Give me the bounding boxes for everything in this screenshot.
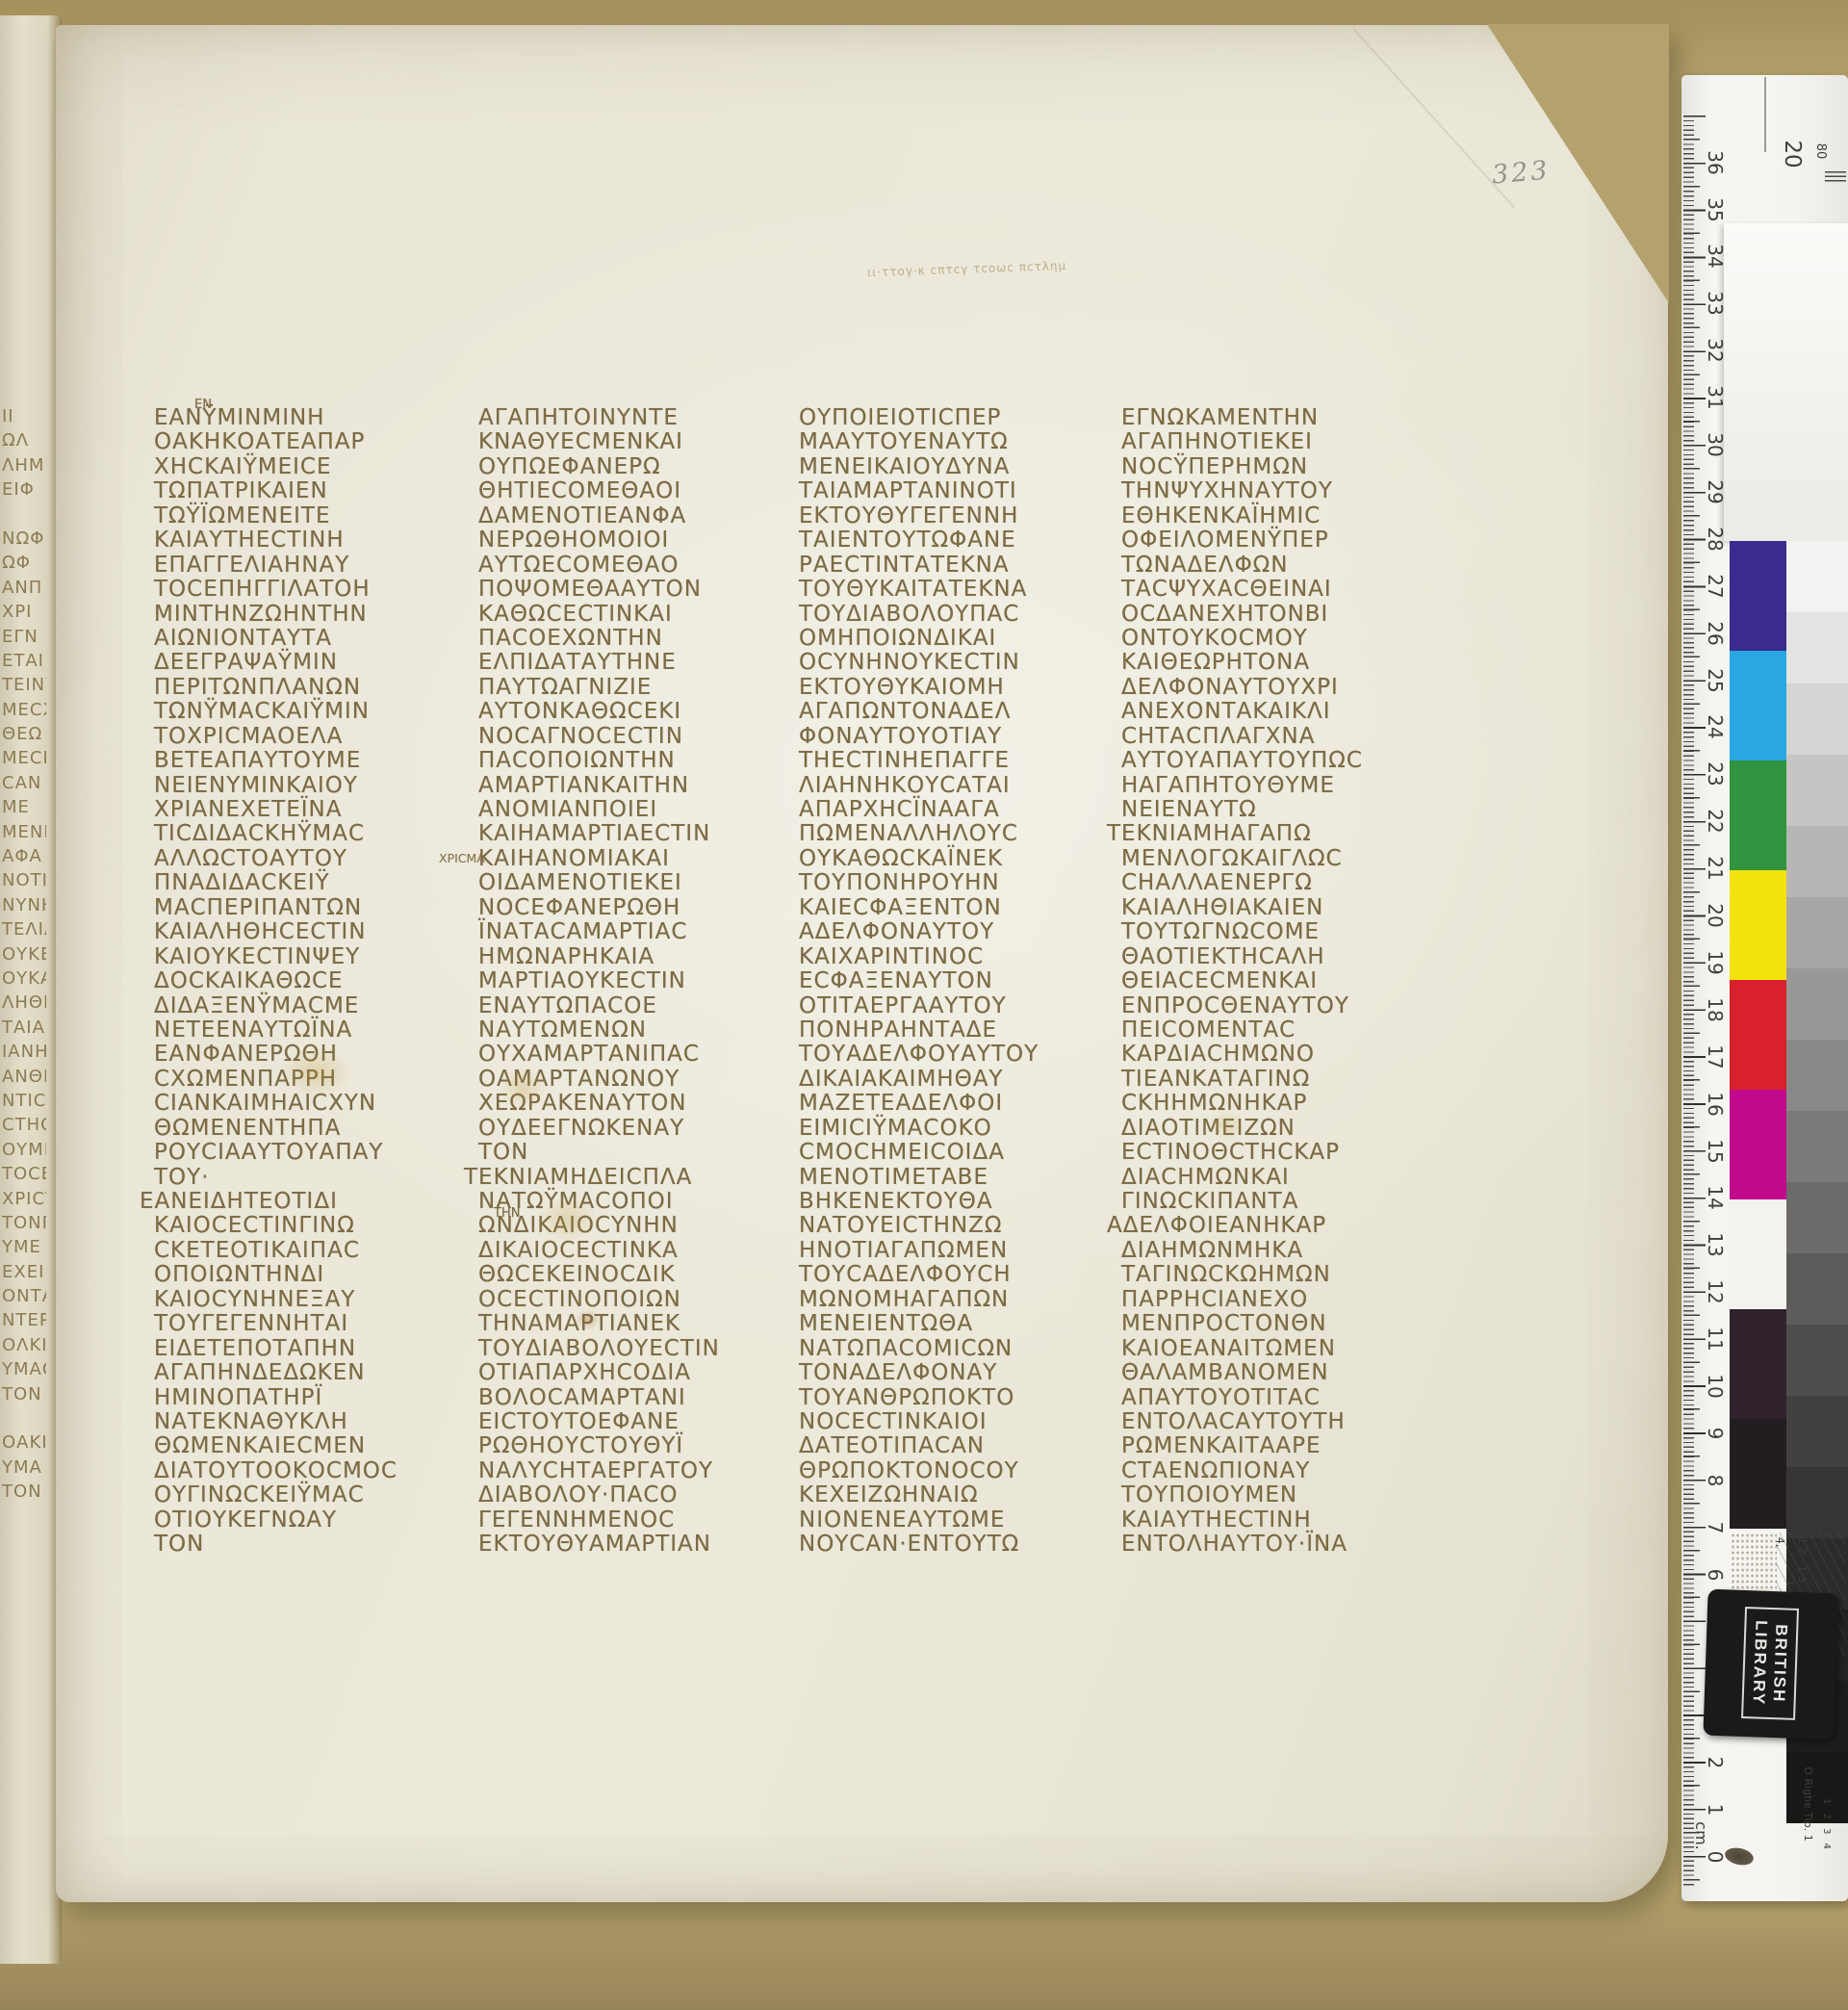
manuscript-line: ΗΜΙΝΟΠΑΤΗΡΪ — [154, 1386, 464, 1410]
manuscript-line: ΡΩΘΗΟΥCΤΟΥΘΥΪ — [478, 1434, 788, 1458]
manuscript-line: ΑΓΑΠΗΝΟΤΙΕΚΕΙ — [1121, 430, 1431, 454]
manuscript-line: ΕΓΝΩΚΑΜΕΝΤΗΝ — [1121, 406, 1431, 430]
color-patch — [1730, 1090, 1786, 1199]
ruler-cm-number: 26 — [1704, 619, 1727, 648]
manuscript-line: ΟΥΠΟΙΕΙΟΤΙCΠΕΡ — [799, 406, 1109, 430]
manuscript-line: CΚΗΗΜΩΝΗΚΑΡ — [1121, 1092, 1431, 1116]
facing-page-fragment — [2, 1406, 46, 1430]
manuscript-line: ΟCΕCΤΙΝΟΠΟΙΩΝ — [478, 1288, 788, 1312]
text-column-3: ΟΥΠΟΙΕΙΟΤΙCΠΕΡΜΑΑΥΤΟΥΕΝΑΥΤΩΜΕΝΕΙΚΑΙΟΥΔΥΝ… — [799, 406, 1109, 1558]
manuscript-line: ΕΝΤΟΛΗΑΥΤΟΥ·ΪΝΑ — [1121, 1533, 1431, 1557]
manuscript-line: ΠΑCΟΠΟΙΩΝΤΗΝ — [478, 749, 788, 773]
ruler-cm-number: 14 — [1704, 1183, 1727, 1212]
ruler-cm-number: 7 — [1704, 1513, 1727, 1542]
manuscript-line: ΚΑΙΗΑΜΑΡΤΙΑΕCΤΙΝ — [478, 822, 788, 846]
manuscript-line: ΗΝΟΤΙΑΓΑΠΩΜΕΝ — [799, 1239, 1109, 1263]
manuscript-line: ΟΤΙΑΠΑΡΧΗCΟΔΙΑ — [478, 1361, 788, 1385]
manuscript-line: ΧΕΩΡΑΚΕΝΑΥΤΟΝ — [478, 1092, 788, 1116]
color-patch — [1730, 651, 1786, 760]
manuscript-line: ΚΑΡΔΙΑCΗΜΩΝΟ — [1121, 1043, 1431, 1067]
manuscript-line: ΠΕΡΙΤΩΝΠΛΑΝΩΝ — [154, 676, 464, 700]
ruler-cm-number: 36 — [1704, 148, 1727, 177]
manuscript-line: ΠΩΜΕΝΑΛΛΗΛΟΥC — [799, 822, 1109, 846]
ruler-cm-number: 10 — [1704, 1372, 1727, 1401]
gray-step — [1786, 1253, 1848, 1325]
gray-step — [1786, 1111, 1848, 1182]
manuscript-line: ΝΕΙΕΝΥΜΙΝΚΑΙΟΥ — [154, 774, 464, 798]
ruler-cm-number: 8 — [1704, 1466, 1727, 1495]
facing-page-fragment: ΝΥΝΗ — [2, 893, 46, 917]
manuscript-line: ΑΥΤΟΝΚΑΘΩCΕΚΙ — [478, 700, 788, 724]
manuscript-line: ΔΟCΚΑΙΚΑΘΩCΕ — [154, 969, 464, 993]
manuscript-line: ΔΑΜΕΝΟΤΙΕΑΝΦΑ — [478, 504, 788, 528]
manuscript-line: ΚΑΙΑΛΗΘΙΑΚΑΙΕΝ — [1121, 896, 1431, 920]
facing-page-fragment: ΟΥΜΕ — [2, 1138, 46, 1162]
manuscript-line: ΤΕΚΝΙΑΜΗΔΕΙCΠΛΑ — [464, 1166, 788, 1190]
manuscript-line: ΤΙCΔΙΔΑCΚΗΫΜΑC — [154, 822, 464, 846]
manuscript-line: ΝΙΟΝΕΝΕΑΥΤΩΜΕ — [799, 1508, 1109, 1533]
manuscript-line: ΡΩΜΕΝΚΑΙΤΑΑΡΕ — [1121, 1434, 1431, 1458]
manuscript-line: ΕΙΜΙCΙΫΜΑCΟΚΟ — [799, 1117, 1109, 1141]
manuscript-line: ΟΝΤΟΥΚΟCΜΟΥ — [1121, 627, 1431, 651]
manuscript-line: ΕCΤΙΝΟΘCΤΗCΚΑΡ — [1121, 1141, 1431, 1165]
manuscript-line: ΜΕΝΟΤΙΜΕΤΑΒΕ — [799, 1166, 1109, 1190]
manuscript-line: ΚΑΙΑΥΤΗΕCΤΙΝΗ — [154, 528, 464, 553]
facing-page-fragment: CΤΗC — [2, 1113, 46, 1137]
manuscript-line: ΤΗΝΑΜΑΡΤΙΑΝΕΚ — [478, 1312, 788, 1336]
manuscript-line: ΑΓΑΠΗΤΟΙΝΥΝΤΕ — [478, 406, 788, 430]
manuscript-line: ΤΟCΕΠΗΓΓΙΛΑΤΟΗ — [154, 578, 464, 602]
manuscript-line: ΠΟΝΗΡΑΗΝΤΑΔΕ — [799, 1018, 1109, 1043]
facing-page-fragment: ΤΑΙΑ — [2, 1016, 46, 1040]
manuscript-line: ΓΙΝΩCΚΙΠΑΝΤΑ — [1121, 1190, 1431, 1214]
manuscript-line: ΤΟΥ· — [154, 1166, 464, 1190]
manuscript-line: ΑΜΑΡΤΙΑΝΚΑΙΤΗΝ — [478, 774, 788, 798]
ruler-cm-number: 21 — [1704, 854, 1727, 883]
color-patch — [1730, 1309, 1786, 1419]
manuscript-line: ΕΚΤΟΥΘΥΓΕΓΕΝΝΗ — [799, 504, 1109, 528]
facing-page-fragment: ΤΟΝΠ — [2, 1211, 46, 1235]
manuscript-line: ΝΑΛΥCΗΤΑΕΡΓΑΤΟΥ — [478, 1459, 788, 1483]
manuscript-line: ΘΩCΕΚΕΙΝΟCΔΙΚ — [478, 1263, 788, 1287]
manuscript-line: CΤΑΕΝΩΠΙΟΝΑΥ — [1121, 1459, 1431, 1483]
manuscript-line: ΝΑΤΟΥΕΙCΤΗΝΖΩ — [799, 1214, 1109, 1238]
ruler-cm-number: 16 — [1704, 1090, 1727, 1119]
manuscript-line: ΝΑΤΩΠΑCΟΜΙCΩΝ — [799, 1337, 1109, 1361]
ruler-cm-number: 19 — [1704, 948, 1727, 977]
manuscript-line: ΔΕΕΓΡΑΨΑΫΜΙΝ — [154, 651, 464, 675]
ruler-top-label-small: 80 — [1810, 139, 1828, 164]
manuscript-line: ΟΦΕΙΛΟΜΕΝΫΠΕΡ — [1121, 528, 1431, 553]
ruler-cm-unit-label: cm. — [1693, 1817, 1710, 1855]
manuscript-line: ΧΡΙΑΝΕΧΕΤΕΪΝΑ — [154, 798, 464, 822]
manuscript-line: ΤΟΥΑΔΕΛΦΟΥΑΥΤΟΥ — [799, 1043, 1109, 1067]
faint-inscription: ιι·ττογ·κ ϲπτϲγ τϲοωϲ πϲτλημ — [867, 254, 1214, 280]
manuscript-line: ΤΑΙΕΝΤΟΥΤΩΦΑΝΕ — [799, 528, 1109, 553]
manuscript-line: ΝΟCΫΠΕΡΗΜΩΝ — [1121, 455, 1431, 479]
manuscript-line: ΚΑΙΘΕΩΡΗΤΟΝΑ — [1121, 651, 1431, 675]
facing-page-fragment: ΧΡΙCΤ — [2, 1187, 46, 1211]
manuscript-line: CΙΑΝΚΑΙΜΗΑΙCΧΥΝ — [154, 1092, 464, 1116]
manuscript-line: ΚΝΑΘΥΕCΜΕΝΚΑΙ — [478, 430, 788, 454]
manuscript-line: ΤΙΕΑΝΚΑΤΑΓΙΝΩ — [1121, 1068, 1431, 1092]
manuscript-page: 323 ιι·ττογ·κ ϲπτϲγ τϲοωϲ πϲτλημ ΕΑΝΫΜΙΝ… — [56, 25, 1668, 1902]
manuscript-line: ΤΗΕCΤΙΝΗΕΠΑΓΓΕ — [799, 749, 1109, 773]
manuscript-line: ΧΗCΚΑΙΫΜΕΙCΕ — [154, 455, 464, 479]
manuscript-line: CΗΑΛΛΑΕΝΕΡΓΩ — [1121, 871, 1431, 895]
manuscript-line: ΦΟΝΑΥΤΟΥΟΤΙΑΥ — [799, 725, 1109, 749]
manuscript-line: ΜΕΝΠΡΟCΤΟΝΘΝ — [1121, 1312, 1431, 1336]
manuscript-line: ΤΟΝ — [154, 1533, 464, 1557]
facing-page-fragment: ΕΧΕΙ — [2, 1260, 46, 1284]
manuscript-line: ΟΤΙΟΥΚΕΓΝΩΑΥ — [154, 1508, 464, 1533]
facing-page-edge: ΙΙΩΛΛΗΜΕΙΦΝΩΦΡΩΦΑΝΠΧΡΙΕΓΝΕΤΑΙΤΕΙΝΥΜΕCΧΑΘ… — [0, 15, 62, 1964]
facing-page-fragment: ΝΤΙC — [2, 1089, 46, 1113]
gray-step — [1786, 1182, 1848, 1253]
ruler-cm-number: 11 — [1704, 1325, 1727, 1353]
manuscript-line: ΔΙΑΗΜΩΝΜΗΚΑ — [1121, 1239, 1431, 1263]
manuscript-line: ΟCΔΑΝΕΧΗΤΟΝΒΙ — [1121, 603, 1431, 627]
manuscript-line: ΕΚΤΟΥΘΥΑΜΑΡΤΙΑΝ — [478, 1533, 788, 1557]
manuscript-line: ΜΕΝΕΙΚΑΙΟΥΔΥΝΑ — [799, 455, 1109, 479]
manuscript-line: ΤΟΥΠΟΝΗΡΟΥΗΝ — [799, 871, 1109, 895]
manuscript-line: ΟΥΔΕΕΓΝΩΚΕΝΑΥ — [478, 1117, 788, 1141]
manuscript-line: ΤΟΥΔΙΑΒΟΛΟΥΕCΤΙΝ — [478, 1337, 788, 1361]
manuscript-line: ΜΙΝΤΗΝΖΩΗΝΤΗΝ — [154, 603, 464, 627]
manuscript-line: ΤΟΥΘΥΚΑΙΤΑΤΕΚΝΑ — [799, 578, 1109, 602]
manuscript-line: ΤΑΙΑΜΑΡΤΑΝΙΝΟΤΙ — [799, 479, 1109, 503]
manuscript-line: ΕΙΔΕΤΕΠΟΤΑΠΗΝ — [154, 1337, 464, 1361]
manuscript-line: ΕΑΝΕΙΔΗΤΕΟΤΙΔΙ — [140, 1190, 464, 1214]
manuscript-line: ΚΑΙΧΑΡΙΝΤΙΝΟC — [799, 945, 1109, 969]
color-patch — [1730, 1419, 1786, 1529]
facing-page-fragment: ΤΟΝ — [2, 1382, 46, 1406]
manuscript-line: ΝΟCΑΓΝΟCΕCΤΙΝ — [478, 725, 788, 749]
manuscript-line: ΟΤΙΤΑΕΡΓΑΑΥΤΟΥ — [799, 994, 1109, 1018]
clip-text-line1: BRITISH — [1768, 1621, 1791, 1708]
facing-page-fragment: ΜΕ — [2, 795, 46, 819]
manuscript-line: CΧΩΜΕΝΠΑΡΡΗ — [154, 1068, 464, 1092]
facing-page-fragment: ΩΛ — [2, 428, 46, 452]
manuscript-line: ΟΥΚΑΘΩCΚΑΪΝΕΚ — [799, 847, 1109, 871]
manuscript-line: ΔΕΛΦΟΝΑΥΤΟΥΧΡΙ — [1121, 676, 1431, 700]
facing-page-fragment: ΤΟΝ — [2, 1480, 46, 1504]
scribal-correction: ΤΗΝ — [494, 1206, 520, 1221]
gray-step — [1786, 1040, 1848, 1111]
facing-page-text-fragments: ΙΙΩΛΛΗΜΕΙΦΝΩΦΡΩΦΑΝΠΧΡΙΕΓΝΕΤΑΙΤΕΙΝΥΜΕCΧΑΘ… — [2, 404, 46, 1529]
manuscript-line: ΕCΦΑΞΕΝΑΥΤΟΝ — [799, 969, 1109, 993]
british-library-clip-label: BRITISH LIBRARY — [1708, 1585, 1831, 1741]
manuscript-line: ΔΑΤΕΟΤΙΠΑCΑΝ — [799, 1434, 1109, 1458]
manuscript-line: ΤΩΠΑΤΡΙΚΑΙΕΝ — [154, 479, 464, 503]
manuscript-line: ΝΕΡΩΘΗΟΜΟΙΟΙ — [478, 528, 788, 553]
facing-page-fragment: ΥΜΕ — [2, 1235, 46, 1259]
manuscript-line: CΚΕΤΕΟΤΙΚΑΙΠΑC — [154, 1239, 464, 1263]
facing-page-fragment: ΟΝΤΑ — [2, 1284, 46, 1308]
manuscript-line: ΤΟΝ — [478, 1141, 788, 1165]
manuscript-line: ΝΕΤΕΕΝΑΥΤΩΪΝΑ — [154, 1018, 464, 1043]
manuscript-line: ΕΝΑΥΤΩΠΑCΟΕ — [478, 994, 788, 1018]
facing-page-fragment: ΘΕΩ — [2, 722, 46, 746]
manuscript-line: ΟΜΗΠΟΙΩΝΔΙΚΑΙ — [799, 627, 1109, 651]
facing-page-fragment: ΟΑΚΙ — [2, 1430, 46, 1455]
manuscript-line: ΕΠΑΓΓΕΛΙΑΗΝΑΥ — [154, 554, 464, 578]
facing-page-fragment: ΙΙ — [2, 404, 46, 428]
manuscript-line: ΤΟΝΑΔΕΛΦΟΝΑΥ — [799, 1361, 1109, 1385]
manuscript-line: ΚΑΙΟΕΑΝΑΙΤΩΜΕΝ — [1121, 1337, 1431, 1361]
manuscript-line: ΤΩΫΪΩΜΕΝΕΙΤΕ — [154, 504, 464, 528]
facing-page-fragment — [2, 502, 46, 527]
facing-page-fragment: ΝΤΕΡ — [2, 1308, 46, 1332]
manuscript-line: ΚΑΙΗΑΝΟΜΙΑΚΑΙ — [478, 847, 788, 871]
manuscript-line: ΤΩΝΑΔΕΛΦΩΝ — [1121, 554, 1431, 578]
manuscript-line: ΘΑΛΑΜΒΑΝΟΜΕΝ — [1121, 1361, 1431, 1385]
manuscript-line: ΕΚΤΟΥΘΥΚΑΙΟΜΗ — [799, 676, 1109, 700]
manuscript-line: ΝΑΤΕΚΝΑΘΥΚΛΗ — [154, 1410, 464, 1434]
manuscript-line: ΗΑΓΑΠΗΤΟΥΘΥΜΕ — [1121, 774, 1431, 798]
manuscript-line: ΟΙΔΑΜΕΝΟΤΙΕΚΕΙ — [478, 871, 788, 895]
manuscript-line: ΝΕΙΕΝΑΥΤΩ — [1121, 798, 1431, 822]
manuscript-line: ΜΑΖΕΤΕΑΔΕΛΦΟΙ — [799, 1092, 1109, 1116]
manuscript-line: ΜΕΝΛΟΓΩΚΑΙΓΛΩC — [1121, 847, 1431, 871]
manuscript-line: ΚΑΙΕCΦΑΞΕΝΤΟΝ — [799, 896, 1109, 920]
manuscript-line: ΚΑΙΟCΕCΤΙΝΓΙΝΩ — [154, 1214, 464, 1238]
color-patch — [1730, 1199, 1786, 1309]
ruler-cm-number: 13 — [1704, 1230, 1727, 1259]
manuscript-line: ΤΑCΨΥΧΑCΘΕΙΝΑΙ — [1121, 578, 1431, 602]
color-patch — [1730, 870, 1786, 980]
manuscript-line: ΚΑΙΑΥΤΗΕCΤΙΝΗ — [1121, 1508, 1431, 1533]
facing-page-fragment: ΛΗΘΙΑ — [2, 991, 46, 1015]
manuscript-line: ΒΗΚΕΝΕΚΤΟΥΘΑ — [799, 1190, 1109, 1214]
manuscript-line: ΜΑΑΥΤΟΥΕΝΑΥΤΩ — [799, 430, 1109, 454]
manuscript-line: ΚΕΧΕΙΖΩΗΝΑΙΩ — [799, 1483, 1109, 1507]
manuscript-line: ΛΙΑΗΝΗΚΟΥCΑΤΑΙ — [799, 774, 1109, 798]
manuscript-line: ΤΟΥΠΟΙΟΥΜΕΝ — [1121, 1483, 1431, 1507]
facing-page-fragment: ΕΓΝ — [2, 625, 46, 649]
ruler-cm-number: 9 — [1704, 1419, 1727, 1448]
manuscript-line: ΑΓΑΠΩΝΤΟΝΑΔΕΛ — [799, 700, 1109, 724]
ruler-cm-number: 25 — [1704, 666, 1727, 695]
manuscript-line: ΝΑΤΩΫΜΑCΟΠΟΙ — [478, 1190, 788, 1214]
facing-page-fragment: ΑΝΠ — [2, 576, 46, 600]
manuscript-line: ΑΙΩΝΙΟΝΤΑΥΤΑ — [154, 627, 464, 651]
manuscript-line: ΤΩΝΫΜΑCΚΑΙΫΜΙΝ — [154, 700, 464, 724]
manuscript-line: ΠΑCΟΕΧΩΝΤΗΝ — [478, 627, 788, 651]
facing-page-fragment: ΛΗΜ — [2, 453, 46, 477]
ruler-cm-number: 24 — [1704, 712, 1727, 741]
secondary-scale-label: O Righe Tip. 1 — [1801, 1751, 1814, 1857]
facing-page-fragment: ΥΜΑ — [2, 1456, 46, 1480]
manuscript-line: ΕΙCΤΟΥΤΟΕΦΑΝΕ — [478, 1410, 788, 1434]
color-patch — [1730, 760, 1786, 870]
color-card-back — [1724, 223, 1848, 541]
ruler-cm-number: 35 — [1704, 195, 1727, 224]
manuscript-line: ΡΟΥCΙΑΑΥΤΟΥΑΠΑΥ — [154, 1141, 464, 1165]
manuscript-line: ΟΥΓΙΝΩCΚΕΙΫΜΑC — [154, 1483, 464, 1507]
diagonal-scale-number-4: 4, — [1775, 1531, 1786, 1554]
ruler-cm-number: 2 — [1704, 1748, 1727, 1777]
manuscript-line: ΘΑΟΤΙΕΚΤΗCΑΛΗ — [1121, 945, 1431, 969]
manuscript-line: ΑΔΕΛΦΟΙΕΑΝΗΚΑΡ — [1107, 1214, 1431, 1238]
text-column-4: ΕΓΝΩΚΑΜΕΝΤΗΝΑΓΑΠΗΝΟΤΙΕΚΕΙΝΟCΫΠΕΡΗΜΩΝΤΗΝΨ… — [1121, 406, 1431, 1558]
manuscript-line: ΔΙΚΑΙΟCΕCΤΙΝΚΑ — [478, 1239, 788, 1263]
manuscript-line: ΑΛΛΩCΤΟΑΥΤΟΥ — [154, 847, 464, 871]
manuscript-line: ΠΑΥΤΩΑΓΝΙΖΙΕ — [478, 676, 788, 700]
manuscript-line: ΚΑΙΑΛΗΘΗCΕCΤΙΝ — [154, 920, 464, 944]
color-patch — [1730, 541, 1786, 651]
ruler-cm-number: 18 — [1704, 995, 1727, 1024]
manuscript-line: ΑΓΑΠΗΝΔΕΔΩΚΕΝ — [154, 1361, 464, 1385]
manuscript-line: ΤΕΚΝΙΑΜΗΑΓΑΠΩ — [1107, 822, 1431, 846]
facing-page-fragment: ΜΕΝΗ — [2, 820, 46, 844]
manuscript-line: ΑΝΕΧΟΝΤΑΚΑΙΚΛΙ — [1121, 700, 1431, 724]
facing-page-fragment: CΑΝ — [2, 771, 46, 795]
manuscript-line: ΟCΥΝΗΝΟΥΚΕCΤΙΝ — [799, 651, 1109, 675]
manuscript-line: ΑΠΑΡΧΗCΪΝΑΑΓΑ — [799, 798, 1109, 822]
gray-step — [1786, 612, 1848, 683]
manuscript-line: CΜΟCΗΜΕΙCΟΙΔΑ — [799, 1141, 1109, 1165]
manuscript-line: ΕΛΠΙΔΑΤΑΥΤΗΝΕ — [478, 651, 788, 675]
scribal-correction: ΕΝ — [194, 398, 212, 412]
facing-page-fragment: ΝΟΤΙ — [2, 868, 46, 892]
ruler-top-label-large: 20 — [1780, 138, 1805, 170]
manuscript-line: ΔΙΑΒΟΛΟΥ·ΠΑCΟ — [478, 1483, 788, 1507]
facing-page-fragment: ΑΝΘΕ — [2, 1065, 46, 1089]
text-column-2: ΑΓΑΠΗΤΟΙΝΥΝΤΕΚΝΑΘΥΕCΜΕΝΚΑΙΟΥΠΩΕΦΑΝΕΡΩΘΗΤ… — [478, 406, 788, 1558]
manuscript-line: ΠΑΡΡΗCΙΑΝΕΧΟ — [1121, 1288, 1431, 1312]
ruler-divider-line — [1764, 77, 1766, 152]
gray-step — [1786, 1396, 1848, 1467]
ruler-cm-number: 22 — [1704, 807, 1727, 836]
manuscript-line: ΤΟΥCΑΔΕΛΦΟΥCΗ — [799, 1263, 1109, 1287]
manuscript-line: ΝΟCΕΦΑΝΕΡΩΘΗ — [478, 896, 788, 920]
manuscript-line: ΝΑΥΤΩΜΕΝΩΝ — [478, 1018, 788, 1043]
manuscript-line: ΤΟΥΔΙΑΒΟΛΟΥΠΑC — [799, 603, 1109, 627]
clip-text-line2: LIBRARY — [1748, 1620, 1771, 1707]
facing-page-fragment: ΙΑΝΗ — [2, 1040, 46, 1064]
ruler-cm-number: 17 — [1704, 1043, 1727, 1071]
manuscript-line: ΡΑΕCΤΙΝΤΑΤΕΚΝΑ — [799, 554, 1109, 578]
manuscript-line: ΟΠΟΙΩΝΤΗΝΔΙ — [154, 1263, 464, 1287]
manuscript-line: ΤΟΥΓΕΓΕΝΝΗΤΑΙ — [154, 1312, 464, 1336]
page-number: 323 — [1491, 155, 1552, 190]
ruler-cm-number: 20 — [1704, 901, 1727, 930]
facing-page-fragment: ΟΛΚΙ — [2, 1333, 46, 1357]
manuscript-line: ΝΟCΕCΤΙΝΚΑΙΟΙ — [799, 1410, 1109, 1434]
manuscript-line: ΕΘΗΚΕΝΚΑΪΗΜΙC — [1121, 504, 1431, 528]
ruler-cm-number: 23 — [1704, 760, 1727, 788]
manuscript-line: ΤΗΝΨΥΧΗΝΑΥΤΟΥ — [1121, 479, 1431, 503]
gray-step — [1786, 755, 1848, 826]
manuscript-line: ΪΝΑΤΑCΑΜΑΡΤΙΑC — [478, 920, 788, 944]
text-column-1: ΕΑΝΫΜΙΝΜΙΝΗΟΑΚΗΚΟΑΤΕΑΠΑΡΧΗCΚΑΙΫΜΕΙCΕΤΩΠΑ… — [154, 406, 464, 1558]
manuscript-line: ΑΠΑΥΤΟΥΟΤΙΤΑC — [1121, 1386, 1431, 1410]
manuscript-line: ΔΙΔΑΞΕΝΫΜΑCΜΕ — [154, 994, 464, 1018]
manuscript-line: ΝΟΥCΑΝ·ΕΝΤΟΥΤΩ — [799, 1533, 1109, 1557]
manuscript-line: ΟΥΠΩΕΦΑΝΕΡΩ — [478, 455, 788, 479]
gray-step — [1786, 968, 1848, 1040]
secondary-scale-numbers: 1 2 3 4 — [1820, 1791, 1832, 1859]
ruler-pica-ticks — [1825, 171, 1846, 184]
ruler-cm-number: 27 — [1704, 572, 1727, 601]
facing-page-fragment: ΑΦΑ — [2, 844, 46, 868]
manuscript-line: ΘΩΜΕΝΚΑΙΕCΜΕΝ — [154, 1434, 464, 1458]
manuscript-line: ΘΕΙΑCΕCΜΕΝΚΑΙ — [1121, 969, 1431, 993]
gray-step — [1786, 897, 1848, 968]
manuscript-line: ΤΑΓΙΝΩCΚΩΗΜΩΝ — [1121, 1263, 1431, 1287]
facing-page-fragment: ΟΥΚΕΙ — [2, 942, 46, 966]
manuscript-line: ΜΑCΠΕΡΙΠΑΝΤΩΝ — [154, 896, 464, 920]
manuscript-line: ΑΥΤΩΕCΟΜΕΘΑΟ — [478, 554, 788, 578]
manuscript-line: ΔΙΑΟΤΙΜΕΙΖΩΝ — [1121, 1117, 1431, 1141]
facing-page-fragment: ΜΕCΧΑ — [2, 698, 46, 722]
manuscript-line: ΕΝΠΡΟCΘΕΝΑΥΤΟΥ — [1121, 994, 1431, 1018]
manuscript-line: ΩΝΔΙΚΑΙΟCΥΝΗΝ — [478, 1214, 788, 1238]
manuscript-line: ΜΕΝΕΙΕΝΤΩΘΑ — [799, 1312, 1109, 1336]
facing-page-fragment: ΩΦ — [2, 551, 46, 575]
manuscript-line: ΘΗΤΙΕCΟΜΕΘΑΟΙ — [478, 479, 788, 503]
gray-step — [1786, 1325, 1848, 1396]
manuscript-line: ΗΜΩΝΑΡΗΚΑΙΑ — [478, 945, 788, 969]
facing-page-fragment: ΕΙΦ — [2, 477, 46, 502]
manuscript-line: ΑΝΟΜΙΑΝΠΟΙΕΙ — [478, 798, 788, 822]
facing-page-fragment: ΕΤΑΙ — [2, 649, 46, 673]
facing-page-fragment: ΤΟCΕ — [2, 1162, 46, 1186]
manuscript-line: ΑΔΕΛΦΟΝΑΥΤΟΥ — [799, 920, 1109, 944]
photo-scene: ΙΙΩΛΛΗΜΕΙΦΝΩΦΡΩΦΑΝΠΧΡΙΕΓΝΕΤΑΙΤΕΙΝΥΜΕCΧΑΘ… — [0, 0, 1848, 2010]
color-patch — [1730, 980, 1786, 1090]
facing-page-fragment: ΤΕΙΝΥ — [2, 673, 46, 697]
manuscript-line: ΔΙΑΤΟΥΤΟΟΚΟCΜΟC — [154, 1459, 464, 1483]
manuscript-line: ΘΡΩΠΟΚΤΟΝΟCΟΥ — [799, 1459, 1109, 1483]
manuscript-line: ΕΑΝΦΑΝΕΡΩΘΗ — [154, 1043, 464, 1067]
gray-step — [1786, 826, 1848, 897]
manuscript-line: ΒΟΛΟCΑΜΑΡΤΑΝΙ — [478, 1386, 788, 1410]
manuscript-line: ΤΟΧΡΙCΜΑΟΕΛΑ — [154, 725, 464, 749]
manuscript-line: ΤΟΥΤΩΓΝΩCΟΜΕ — [1121, 920, 1431, 944]
facing-page-fragment: ΜΕCΗ — [2, 746, 46, 770]
manuscript-line: ΠΕΙCΟΜΕΝΤΑC — [1121, 1018, 1431, 1043]
manuscript-line: ΤΟΥΑΝΘΡΩΠΟΚΤΟ — [799, 1386, 1109, 1410]
gray-step — [1786, 541, 1848, 612]
manuscript-line: ΚΑΙΟCΥΝΗΝΕΞΑΥ — [154, 1288, 464, 1312]
facing-page-fragment: ΧΡΙ — [2, 600, 46, 624]
manuscript-line: ΘΩΜΕΝΕΝΤΗΠΑ — [154, 1117, 464, 1141]
color-card-patches — [1730, 541, 1786, 1529]
manuscript-line: ΚΑΙΟΥΚΕCΤΙΝΨΕΥ — [154, 945, 464, 969]
facing-page-fragment: ΝΩΦΡ — [2, 527, 46, 551]
facing-page-fragment: ΤΕΛΙΑ — [2, 917, 46, 941]
manuscript-line: ΑΥΤΟΥΑΠΑΥΤΟΥΠΩC — [1121, 749, 1431, 773]
facing-page-fragment — [2, 1505, 46, 1529]
facing-page-fragment: ΟΥΚΑ — [2, 966, 46, 991]
manuscript-line: ΜΩΝΟΜΗΑΓΑΠΩΝ — [799, 1288, 1109, 1312]
gray-step — [1786, 1752, 1848, 1823]
ruler-cm-number: 12 — [1704, 1277, 1727, 1306]
manuscript-line: CΗΤΑCΠΛΑΓΧΝΑ — [1121, 725, 1431, 749]
manuscript-line: ΔΙΑCΗΜΩΝΚΑΙ — [1121, 1166, 1431, 1190]
manuscript-line: ΠΟΨΟΜΕΘΑΑΥΤΟΝ — [478, 578, 788, 602]
manuscript-line: ΒΕΤΕΑΠΑΥΤΟΥΜΕ — [154, 749, 464, 773]
british-library-clip: BRITISH LIBRARY — [1703, 1589, 1838, 1740]
manuscript-line: ΟΑΜΑΡΤΑΝΩΝΟΥ — [478, 1068, 788, 1092]
page-crease — [1353, 28, 1516, 208]
manuscript-line: ΓΕΓΕΝΝΗΜΕΝΟC — [478, 1508, 788, 1533]
manuscript-line: ΕΝΤΟΛΑCΑΥΤΟΥΤΗ — [1121, 1410, 1431, 1434]
manuscript-line: ΟΑΚΗΚΟΑΤΕΑΠΑΡ — [154, 430, 464, 454]
manuscript-line: ΚΑΘΩCΕCΤΙΝΚΑΙ — [478, 603, 788, 627]
